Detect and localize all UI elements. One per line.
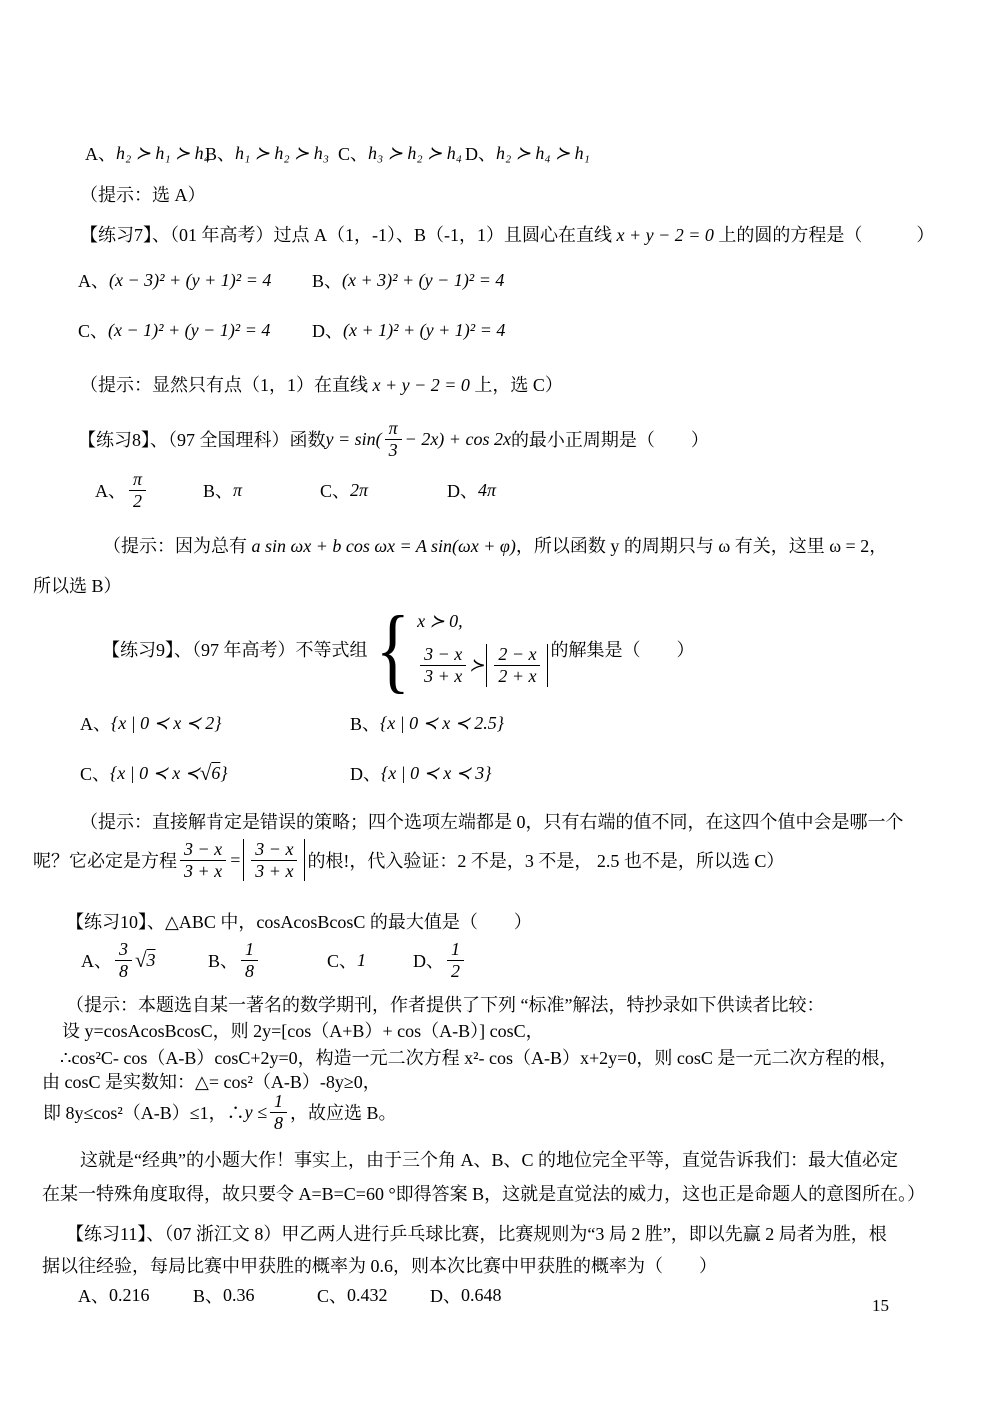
q8-option-d: D、4π bbox=[447, 462, 496, 518]
option-label: B、 bbox=[350, 710, 380, 736]
radicand: 3 bbox=[147, 950, 156, 971]
fraction-denominator: 2 bbox=[129, 491, 146, 512]
fraction-denominator: 3 bbox=[385, 440, 402, 461]
q8-stem-text: 【练习8】、（97 全国理科）函数 bbox=[78, 426, 326, 452]
q7-hint-formula: x + y − 2 = 0 bbox=[373, 375, 470, 395]
q10-solution-line-2: 设 y=cosAcosBcosC，则 2y=[cos（A+B）+ cos（A-B… bbox=[62, 1017, 544, 1043]
option-formula-post: } bbox=[220, 763, 227, 784]
q10-solution-line-3: ∴cos²C- cos（A-B）cosC+2y=0，构造一元二次方程 x²- c… bbox=[60, 1044, 897, 1070]
option-label: A、 bbox=[78, 1282, 109, 1308]
q10-option-d: D、12 bbox=[413, 932, 467, 988]
q9-hint2-text: 呢？它必定是方程 bbox=[33, 847, 177, 873]
option-formula: {x | 0 ≺ x ≺ 3} bbox=[381, 763, 492, 784]
q7-hint: （提示：显然只有点（1，1）在直线 x + y − 2 = 0 上，选 C） bbox=[80, 371, 563, 397]
system-row-2: 3 − x3 + x ≻ 2 − x2 + x bbox=[417, 644, 550, 686]
option-formula: (x + 3)² + (y − 1)² = 4 bbox=[342, 270, 504, 291]
q9-stem-tail: 的解集是（ ） bbox=[550, 636, 694, 662]
q6-option-c: C、h₃ ≻ h₂ ≻ h₄ bbox=[338, 140, 462, 166]
system-row-1: x ≻ 0, bbox=[417, 611, 463, 632]
q7-option-a: A、(x − 3)² + (y + 1)² = 4 bbox=[78, 267, 271, 293]
fraction-3-8: 38 bbox=[115, 939, 132, 981]
fraction-numerator: 3 bbox=[115, 939, 132, 961]
q8-hint-tail: ，所以函数 y 的周期只与 ω 有关，这里 ω = 2， bbox=[516, 536, 887, 556]
fraction-numerator: 3 − x bbox=[420, 644, 466, 666]
q8-hint-line-2: 所以选 B） bbox=[33, 572, 122, 598]
option-formula: (x + 1)² + (y + 1)² = 4 bbox=[343, 320, 505, 341]
option-formula: 4π bbox=[478, 480, 496, 501]
q10-hint-line-1: （提示：本题选自某一著名的数学期刊，作者提供了下列 “标准”解法，特抄录如下供读… bbox=[66, 991, 824, 1017]
option-formula: h₂ ≻ h₁ ≻ h₄ bbox=[116, 143, 210, 164]
fraction-numerator: 1 bbox=[241, 939, 258, 961]
option-label: A、 bbox=[81, 947, 112, 973]
option-label: A、 bbox=[78, 267, 109, 293]
fraction-left: 3 − x3 + x bbox=[420, 644, 466, 686]
fraction-pi-2: π2 bbox=[129, 469, 146, 511]
option-label: B、 bbox=[205, 140, 235, 166]
fraction-numerator: 2 − x bbox=[494, 644, 540, 666]
option-value: 0.648 bbox=[461, 1285, 502, 1306]
q10-stem: 【练习10】、△ABC 中，cosAcosBcosC 的最大值是（ ） bbox=[66, 908, 532, 934]
option-formula: (x − 1)² + (y − 1)² = 4 bbox=[108, 320, 270, 341]
q8-option-c: C、2π bbox=[320, 462, 368, 518]
option-label: B、 bbox=[208, 947, 238, 973]
q8-option-a: A、π2 bbox=[95, 462, 149, 518]
q8-option-b: B、π bbox=[203, 462, 242, 518]
q8-hint-line-1: （提示：因为总有 a sin ωx + b cos ωx = A sin(ωx … bbox=[103, 532, 887, 558]
option-label: D、 bbox=[430, 1282, 461, 1308]
q8-stem-formula-left: y = sin( bbox=[326, 429, 382, 450]
fraction-numerator: π bbox=[385, 418, 402, 440]
fraction-numerator: 1 bbox=[270, 1091, 287, 1113]
option-formula: (x − 3)² + (y + 1)² = 4 bbox=[109, 270, 271, 291]
q11-option-d: D、0.648 bbox=[430, 1282, 502, 1308]
q7-option-c: C、(x − 1)² + (y − 1)² = 4 bbox=[78, 317, 270, 343]
q11-option-c: C、0.432 bbox=[317, 1282, 388, 1308]
q10-option-b: B、18 bbox=[208, 932, 261, 988]
absolute-value: 3 − x3 + x bbox=[243, 839, 305, 881]
fraction-right: 2 − x2 + x bbox=[494, 644, 540, 686]
option-formula: h₁ ≻ h₂ ≻ h₃ bbox=[235, 143, 329, 164]
q8-hint-text: （提示：因为总有 bbox=[103, 536, 252, 556]
q9-hint-line-1: （提示：直接解肯定是错误的策略；四个选项左端都是 0，只有右端的值不同，在这四个… bbox=[80, 808, 904, 834]
q10-line5-text: 即 8y≤cos²（A-B）≤1，∴ bbox=[43, 1099, 245, 1125]
option-label: D、 bbox=[413, 947, 444, 973]
q10-option-c: C、1 bbox=[327, 932, 366, 988]
option-label: B、 bbox=[203, 477, 233, 503]
fraction-denominator: 3 + x bbox=[180, 861, 226, 882]
q8-hint-formula: a sin ωx + b cos ωx = A sin(ωx + φ) bbox=[252, 536, 516, 556]
q11-option-a: A、0.216 bbox=[78, 1282, 150, 1308]
q9-option-d: D、{x | 0 ≺ x ≺ 3} bbox=[350, 760, 492, 786]
option-value: 0.432 bbox=[347, 1285, 388, 1306]
option-formula: h₂ ≻ h₄ ≻ h₁ bbox=[496, 143, 590, 164]
option-formula: h₃ ≻ h₂ ≻ h₄ bbox=[368, 143, 462, 164]
system-brace: { bbox=[375, 602, 409, 697]
page-number: 15 bbox=[872, 1296, 889, 1316]
option-formula: 1 bbox=[357, 950, 366, 971]
inequality-system: x ≻ 0, 3 − x3 + x ≻ 2 − x2 + x bbox=[417, 611, 550, 686]
q9-option-b: B、{x | 0 ≺ x ≺ 2.5} bbox=[350, 710, 504, 736]
q9-hint2-tail: 的根!，代入验证：2 不是，3 不是， 2.5 也不是，所以选 C） bbox=[307, 847, 784, 873]
q11-option-b: B、0.36 bbox=[193, 1282, 255, 1308]
q7-hint-tail: 上，选 C） bbox=[470, 375, 563, 395]
option-label: B、 bbox=[312, 267, 342, 293]
option-value: 0.36 bbox=[223, 1285, 255, 1306]
equals-symbol: = bbox=[229, 850, 241, 871]
q7-stem-tail: 上的圆的方程是（ ） bbox=[714, 225, 935, 245]
q8-stem: 【练习8】、（97 全国理科）函数 y = sin(π3− 2x) + cos … bbox=[78, 410, 709, 468]
option-value: 0.216 bbox=[109, 1285, 150, 1306]
option-label: C、 bbox=[327, 947, 357, 973]
radical-icon: √ bbox=[135, 948, 147, 973]
fraction-right: 3 − x3 + x bbox=[251, 839, 297, 881]
fraction-left: 3 − x3 + x bbox=[180, 839, 226, 881]
fraction-pi-3: π3 bbox=[385, 418, 402, 460]
q9-stem-text: 【练习9】、（97 年高考）不等式组 bbox=[102, 636, 368, 662]
q8-stem-tail: 的最小正周期是（ ） bbox=[511, 426, 709, 452]
fraction-denominator: 8 bbox=[241, 961, 258, 982]
option-label: D、 bbox=[312, 317, 343, 343]
fraction-denominator: 8 bbox=[270, 1113, 287, 1134]
option-formula: {x | 0 ≺ x ≺ 2} bbox=[111, 713, 222, 734]
option-label: C、 bbox=[338, 140, 368, 166]
fraction-denominator: 8 bbox=[115, 961, 132, 982]
fraction-denominator: 3 + x bbox=[420, 666, 466, 687]
option-formula-pre: {x | 0 ≺ x ≺ bbox=[110, 763, 200, 784]
option-label: D、 bbox=[447, 477, 478, 503]
q7-hint-text: （提示：显然只有点（1，1）在直线 bbox=[80, 375, 373, 395]
document-page: A、h₂ ≻ h₁ ≻ h₄ B、h₁ ≻ h₂ ≻ h₃ C、h₃ ≻ h₂ … bbox=[0, 0, 992, 1403]
q9-hint-line-2: 呢？它必定是方程 3 − x3 + x = 3 − x3 + x 的根!，代入验… bbox=[33, 832, 784, 888]
option-label: C、 bbox=[320, 477, 350, 503]
q6-hint: （提示：选 A） bbox=[80, 181, 206, 207]
fraction-denominator: 2 bbox=[447, 961, 464, 982]
fraction-numerator: 3 − x bbox=[251, 839, 297, 861]
q7-stem: 【练习7】、（01 年高考）过点 A（1，-1）、B（-1，1）且圆心在直线 x… bbox=[80, 221, 934, 247]
option-label: A、 bbox=[85, 140, 116, 166]
option-label: C、 bbox=[317, 1282, 347, 1308]
radical-icon: √ bbox=[200, 761, 212, 786]
option-formula: π bbox=[233, 480, 242, 501]
q7-stem-formula: x + y − 2 = 0 bbox=[617, 225, 714, 245]
option-label: A、 bbox=[80, 710, 111, 736]
option-label: B、 bbox=[193, 1282, 223, 1308]
option-label: A、 bbox=[95, 477, 126, 503]
relation-symbol: ≻ bbox=[469, 655, 484, 676]
q10-solution-line-5: 即 8y≤cos²（A-B）≤1，∴ y ≤ 18 ，故应选 B。 bbox=[43, 1086, 397, 1138]
fraction-1-8: 18 bbox=[270, 1091, 287, 1133]
fraction-numerator: π bbox=[129, 469, 146, 491]
q7-option-d: D、(x + 1)² + (y + 1)² = 4 bbox=[312, 317, 505, 343]
q8-stem-formula-right: − 2x) + cos 2x bbox=[405, 429, 511, 450]
q9-stem: 【练习9】、（97 年高考）不等式组 { x ≻ 0, 3 − x3 + x ≻… bbox=[102, 598, 694, 700]
fraction-numerator: 1 bbox=[447, 939, 464, 961]
fraction-denominator: 2 + x bbox=[494, 666, 540, 687]
fraction-1-2: 12 bbox=[447, 939, 464, 981]
q6-option-b: B、h₁ ≻ h₂ ≻ h₃ bbox=[205, 140, 329, 166]
q7-stem-text: 【练习7】、（01 年高考）过点 A（1，-1）、B（-1，1）且圆心在直线 bbox=[80, 225, 617, 245]
q9-option-a: A、{x | 0 ≺ x ≺ 2} bbox=[80, 710, 222, 736]
q10-line5-formula: y ≤ bbox=[245, 1102, 267, 1123]
fraction-denominator: 3 + x bbox=[251, 861, 297, 882]
option-label: C、 bbox=[80, 760, 110, 786]
fraction-1-8: 18 bbox=[241, 939, 258, 981]
absolute-value: 2 − x2 + x bbox=[486, 644, 548, 686]
q6-option-d: D、h₂ ≻ h₄ ≻ h₁ bbox=[465, 140, 590, 166]
radicand: 6 bbox=[211, 763, 220, 784]
q11-stem-line-1: 【练习11】、（07 浙江文 8）甲乙两人进行乒乓球比赛，比赛规则为“3 局 2… bbox=[66, 1220, 887, 1246]
q6-option-a: A、h₂ ≻ h₁ ≻ h₄ bbox=[85, 140, 210, 166]
fraction-numerator: 3 − x bbox=[180, 839, 226, 861]
q10-line5-tail: ，故应选 B。 bbox=[290, 1099, 397, 1125]
option-formula: 2π bbox=[350, 480, 368, 501]
q10-paragraph-line-1: 这就是“经典”的小题大作！事实上，由于三个角 A、B、C 的地位完全平等，直觉告… bbox=[80, 1146, 898, 1172]
q10-option-a: A、38√3 bbox=[81, 932, 156, 988]
option-label: D、 bbox=[465, 140, 496, 166]
option-formula: {x | 0 ≺ x ≺ 2.5} bbox=[380, 713, 504, 734]
option-label: C、 bbox=[78, 317, 108, 343]
option-label: D、 bbox=[350, 760, 381, 786]
q11-stem-line-2: 据以往经验，每局比赛中甲获胜的概率为 0.6，则本次比赛中甲获胜的概率为（ ） bbox=[42, 1252, 717, 1278]
q7-option-b: B、(x + 3)² + (y − 1)² = 4 bbox=[312, 267, 504, 293]
q10-paragraph-line-2: 在某一特殊角度取得，故只要令 A=B=C=60 °即得答案 B，这就是直觉法的威… bbox=[42, 1180, 925, 1206]
q9-option-c: C、{x | 0 ≺ x ≺ √6} bbox=[80, 760, 228, 786]
